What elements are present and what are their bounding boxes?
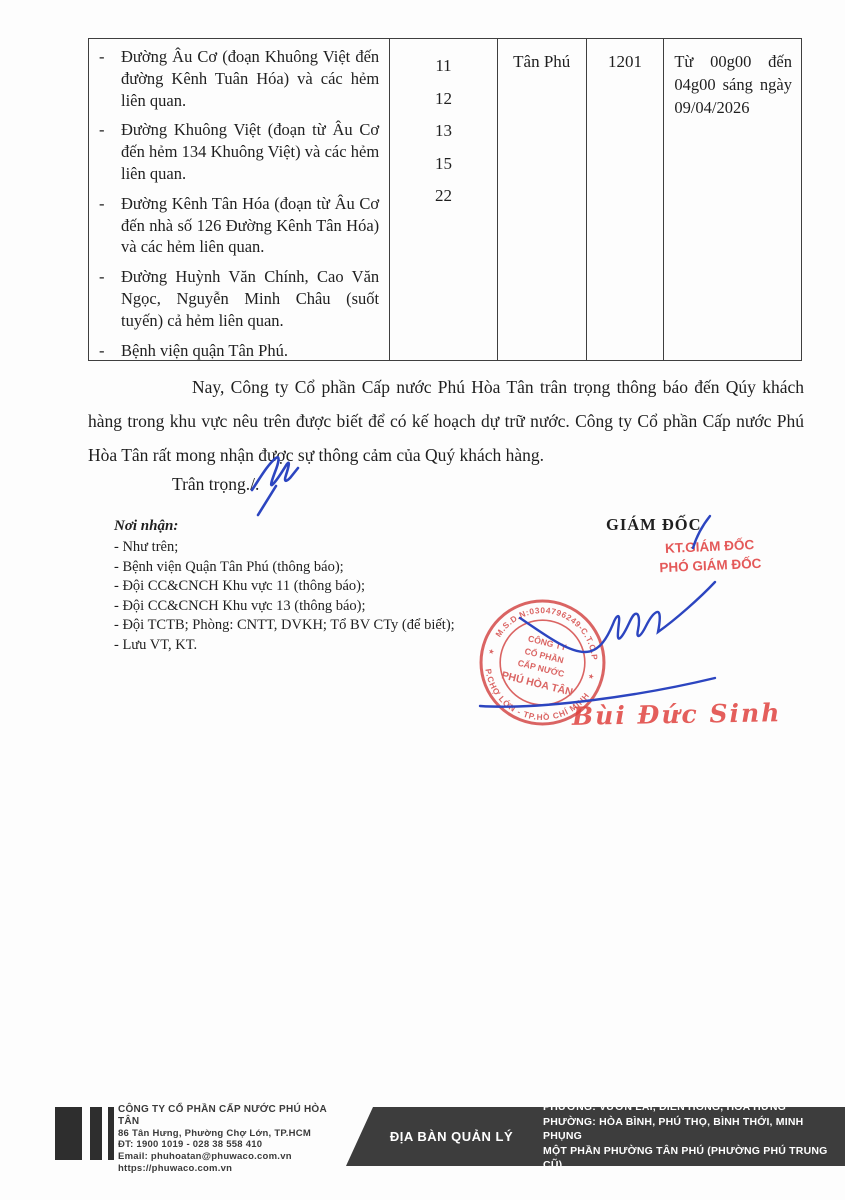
logo-bar-icon [108,1107,114,1160]
list-dash: - [99,193,121,258]
table-row: - Đường Âu Cơ (đoạn Khuông Việt đến đườn… [99,46,379,111]
area-text: Đường Khuông Việt (đoạn từ Âu Cơ đến hẻm… [121,119,379,184]
list-dash: - [99,266,121,331]
paraph-mark [246,448,302,518]
service-area-line: PHƯỜNG: HÒA BÌNH, PHÚ THỌ, BÌNH THỚI, MI… [543,1115,845,1144]
zone-number: 22 [390,180,497,213]
company-email: Email: phuhoatan@phuwaco.com.vn [118,1151,348,1163]
area-code: 1201 [608,52,642,71]
table-row: - Đường Khuông Việt (đoạn từ Âu Cơ đến h… [99,119,379,184]
service-area-line: MỘT PHẦN PHƯỜNG TÂN PHÚ (PHƯỜNG PHÚ TRUN… [543,1144,845,1173]
table-row: - Đường Huỳnh Văn Chính, Cao Văn Ngọc, N… [99,266,379,331]
outage-table: - Đường Âu Cơ (đoạn Khuông Việt đến đườn… [88,38,802,361]
company-phone: ĐT: 1900 1019 - 028 38 558 410 [118,1139,348,1151]
list-dash: - [99,119,121,184]
company-website: https://phuwaco.com.vn [118,1163,348,1175]
zone-number: 11 [390,50,497,83]
outage-time: Từ 00g00 đến 04g00 sáng ngày 09/04/2026 [674,50,792,119]
table-column-areas: - Đường Âu Cơ (đoạn Khuông Việt đến đườn… [89,39,390,360]
table-row: - Đường Kênh Tân Hóa (đoạn từ Âu Cơ đến … [99,193,379,258]
signer-name: Bùi Đức Sinh [572,698,782,731]
company-info-block: CÔNG TY CỔ PHẦN CẤP NƯỚC PHÚ HÒA TÂN 86 … [118,1104,348,1175]
company-name: CÔNG TY CỔ PHẦN CẤP NƯỚC PHÚ HÒA TÂN [118,1104,348,1128]
district-name: Tân Phú [513,52,570,71]
service-area-list: PHƯỜNG: VƯỜN LÀI, DIÊN HỒNG, HÒA HƯNG PH… [543,1100,845,1173]
area-text: Đường Kênh Tân Hóa (đoạn từ Âu Cơ đến nh… [121,193,379,258]
area-text: Đường Âu Cơ (đoạn Khuông Việt đến đường … [121,46,379,111]
zone-number: 12 [390,83,497,116]
list-dash: - [99,340,121,360]
service-area-bar: ĐỊA BÀN QUẢN LÝ PHƯỜNG: VƯỜN LÀI, DIÊN H… [346,1107,845,1166]
list-dash: - [99,46,121,111]
table-column-zones: 11 12 13 15 22 [390,39,498,360]
service-area-line: PHƯỜNG: VƯỜN LÀI, DIÊN HỒNG, HÒA HƯNG [543,1100,845,1115]
table-column-code: 1201 [587,39,665,360]
area-text: Bệnh viện quận Tân Phú. [121,340,379,360]
logo-bar-icon [90,1107,102,1160]
service-area-label: ĐỊA BÀN QUẢN LÝ [346,1129,543,1144]
table-column-district: Tân Phú [498,39,587,360]
company-address: 86 Tân Hưng, Phường Chợ Lớn, TP.HCM [118,1128,348,1140]
document-page: - Đường Âu Cơ (đoạn Khuông Việt đến đườn… [0,0,845,1200]
area-text: Đường Huỳnh Văn Chính, Cao Văn Ngọc, Ngu… [121,266,379,331]
notice-paragraph: Nay, Công ty Cổ phần Cấp nước Phú Hòa Tâ… [88,370,804,472]
zone-number: 15 [390,148,497,181]
logo-bar-icon [55,1107,82,1160]
table-column-time: Từ 00g00 đến 04g00 sáng ngày 09/04/2026 [664,39,801,360]
company-logo [55,1107,114,1160]
table-row: - Bệnh viện quận Tân Phú. [99,340,379,360]
zone-number: 13 [390,115,497,148]
